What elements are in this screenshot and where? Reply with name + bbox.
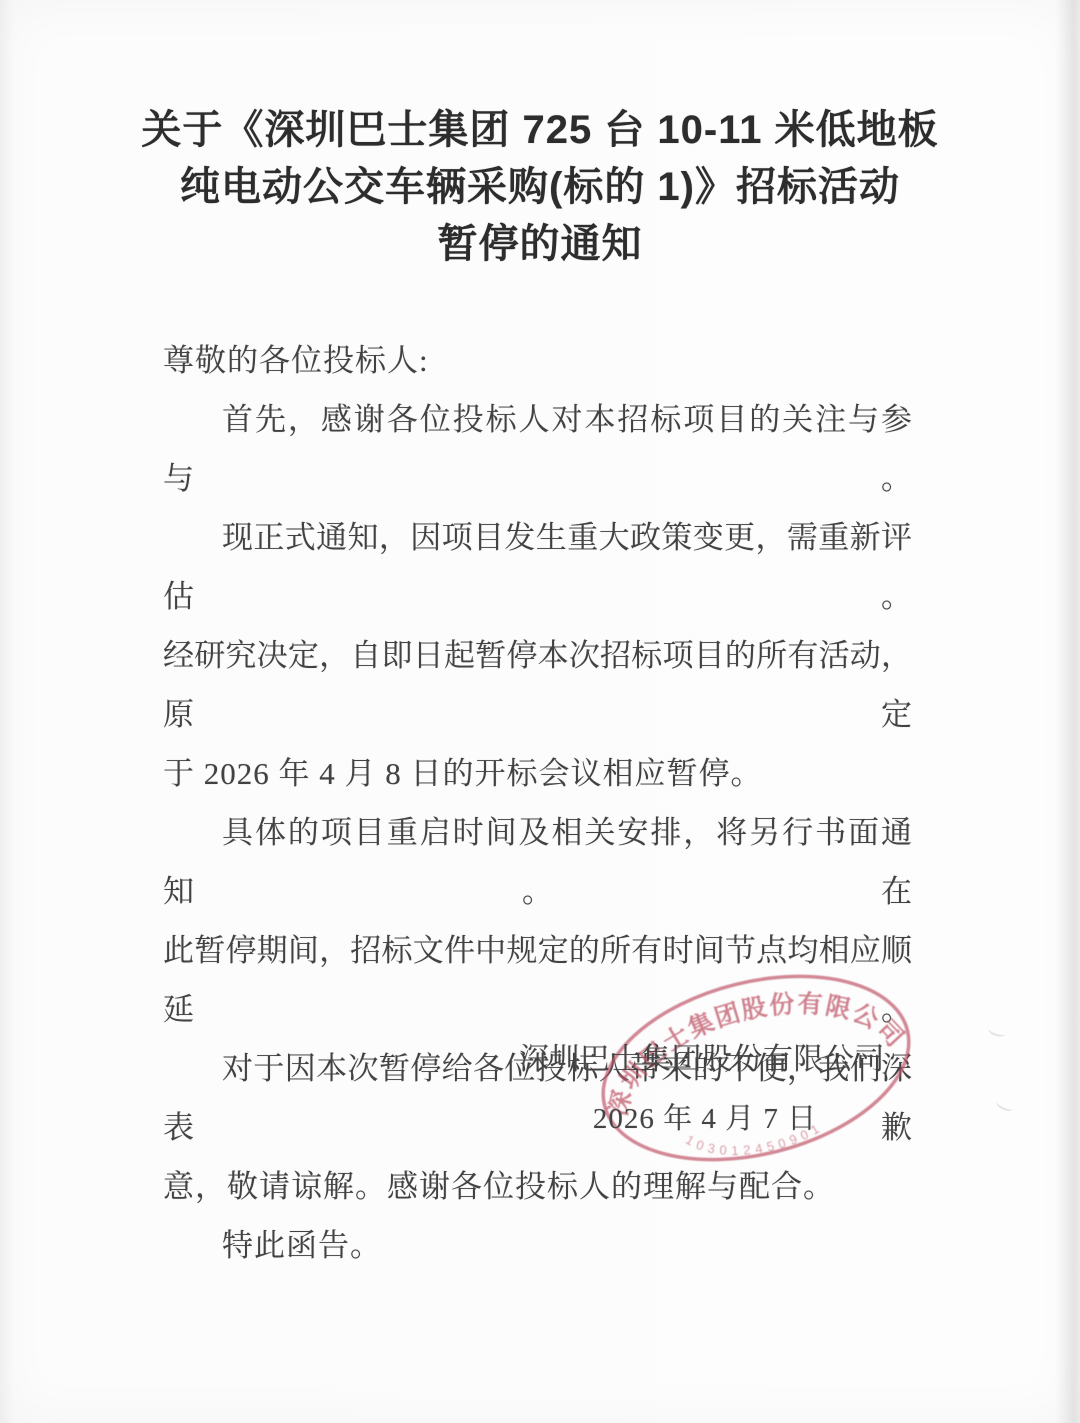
scan-artifact bbox=[987, 1023, 1007, 1038]
body-line: 现正式通知，因项目发生重大政策变更，需重新评估。 bbox=[163, 508, 912, 626]
title-line-2: 纯电动公交车辆采购(标的 1)》招标活动 bbox=[0, 159, 1080, 216]
title-line-1: 关于《深圳巴士集团 725 台 10-11 米低地板 bbox=[0, 102, 1080, 159]
signature-date: 2026 年 4 月 7 日 bbox=[593, 1096, 817, 1137]
title-line-3: 暂停的通知 bbox=[0, 216, 1080, 273]
body-line: 具体的项目重启时间及相关安排，将另行书面通知。在 bbox=[163, 803, 912, 921]
scan-artifact bbox=[995, 1097, 1016, 1113]
body-line: 首先，感谢各位投标人对本招标项目的关注与参与。 bbox=[163, 390, 912, 508]
closing-line: 特此函告。 bbox=[163, 1216, 912, 1275]
salutation: 尊敬的各位投标人: bbox=[163, 331, 912, 390]
notice-document-page: 关于《深圳巴士集团 725 台 10-11 米低地板 纯电动公交车辆采购(标的 … bbox=[0, 0, 1080, 1423]
signature-company-name: 深圳巴士集团股份有限公司 bbox=[519, 1034, 885, 1078]
body-line: 于 2026 年 4 月 8 日的开标会议相应暂停。 bbox=[163, 744, 912, 803]
document-title: 关于《深圳巴士集团 725 台 10-11 米低地板 纯电动公交车辆采购(标的 … bbox=[0, 102, 1080, 273]
body-line: 经研究决定，自即日起暂停本次招标项目的所有活动，原定 bbox=[163, 626, 912, 744]
